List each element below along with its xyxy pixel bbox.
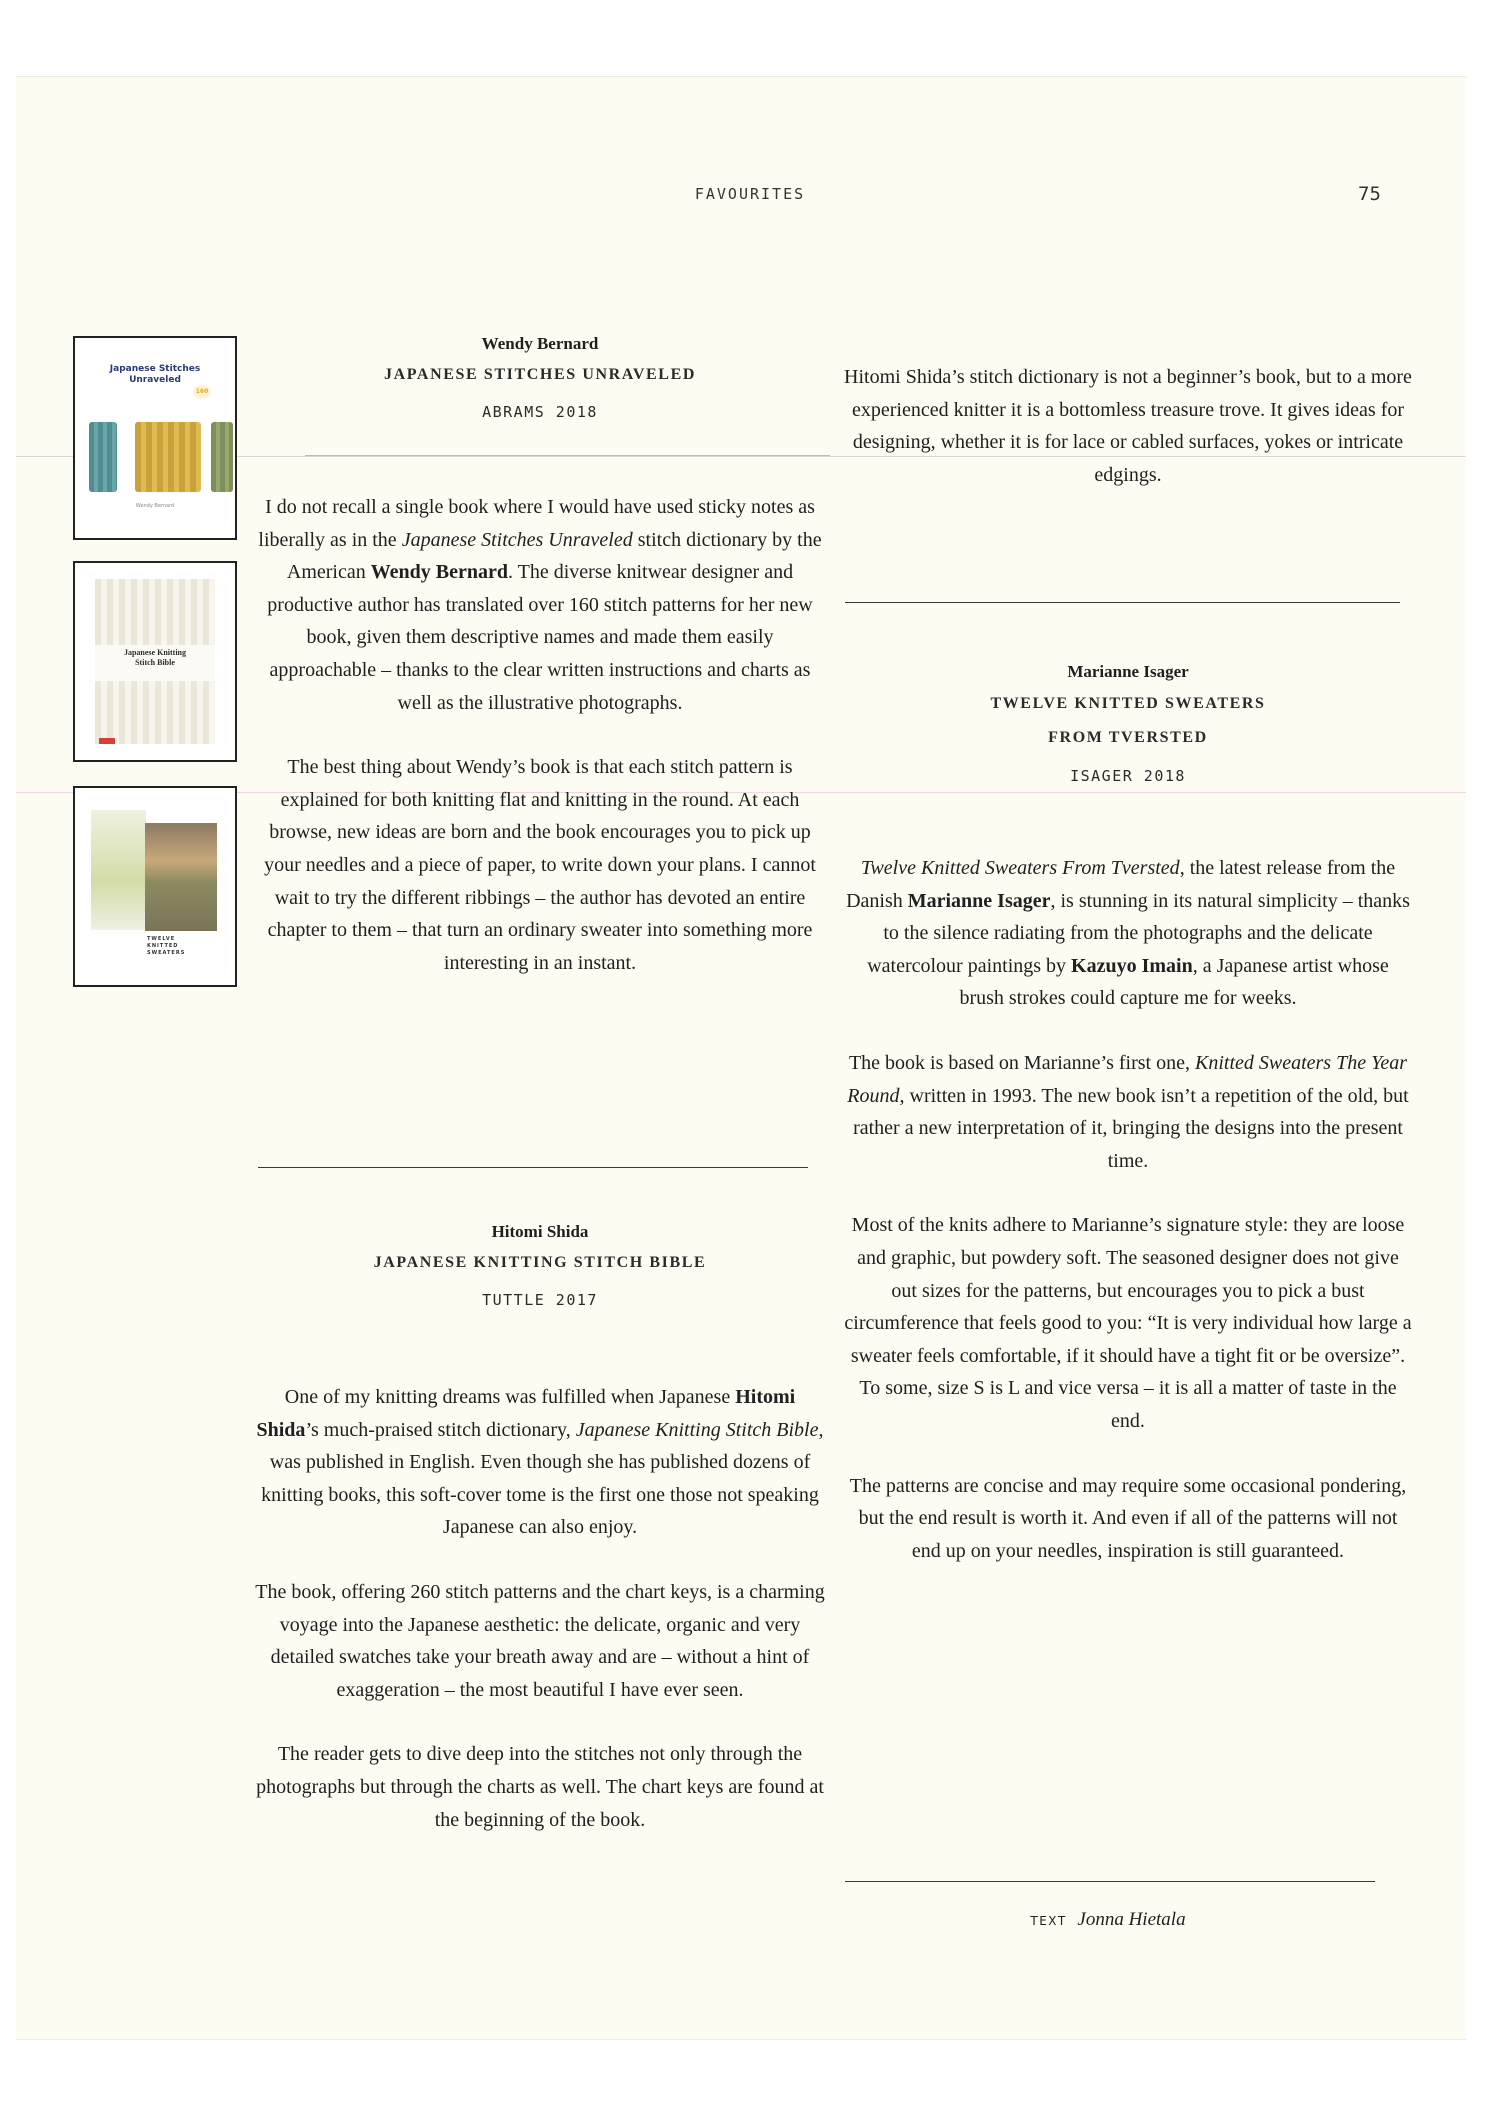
paragraph: Hitomi Shida’s stitch dictionary is not … — [843, 361, 1413, 491]
paragraph: The patterns are concise and may require… — [843, 1470, 1413, 1568]
credit-label: TEXT — [1030, 1914, 1066, 1928]
paragraph: One of my knitting dreams was fulfilled … — [255, 1381, 825, 1544]
review-heading-isager: Marianne Isager TWELVE KNITTED SWEATERS … — [843, 661, 1413, 785]
paragraph: The reader gets to dive deep into the st… — [255, 1738, 825, 1836]
paragraph: The best thing about Wendy’s book is tha… — [255, 751, 825, 979]
knit-swatch-image — [89, 422, 117, 492]
review-publisher: TUTTLE 2017 — [255, 1291, 825, 1309]
review-body-shida-continued: Hitomi Shida’s stitch dictionary is not … — [843, 361, 1413, 491]
cover-author: Wendy Bernard — [75, 503, 235, 509]
page-number: 75 — [1358, 183, 1381, 205]
divider — [845, 602, 1400, 603]
review-heading-bernard: Wendy Bernard JAPANESE STITCHES UNRAVELE… — [255, 333, 825, 421]
review-author: Hitomi Shida — [255, 1221, 825, 1243]
paragraph: Twelve Knitted Sweaters From Tversted, t… — [843, 852, 1413, 1015]
book-cover-japanese-stitches-unraveled: Japanese Stitches Unraveled 160 Wendy Be… — [73, 336, 237, 540]
divider — [258, 1167, 808, 1168]
review-book-title: JAPANESE KNITTING STITCH BIBLE — [255, 1247, 825, 1279]
cover-badge: 160 — [193, 385, 211, 399]
divider — [305, 455, 830, 456]
paragraph: The book, offering 260 stitch patterns a… — [255, 1576, 825, 1706]
author-credit: TEXT Jonna Hietala — [843, 1909, 1373, 1931]
book-cover-japanese-knitting-stitch-bible: Japanese Knitting Stitch Bible — [73, 561, 237, 762]
paragraph: I do not recall a single book where I wo… — [255, 491, 825, 719]
knit-swatch-image — [211, 422, 233, 492]
review-body-bernard: I do not recall a single book where I wo… — [255, 491, 825, 979]
cover-title: TWELVE KNITTED SWEATERS — [147, 936, 227, 957]
credit-name: Jonna Hietala — [1077, 1909, 1185, 1930]
cover-title: Japanese Knitting Stitch Bible — [95, 648, 215, 668]
cover-title: Japanese Stitches Unraveled — [75, 364, 235, 386]
review-author: Marianne Isager — [843, 661, 1413, 683]
cover-model-photo — [145, 823, 217, 931]
section-header: FAVOURITES — [0, 185, 1500, 203]
review-body-isager: Twelve Knitted Sweaters From Tversted, t… — [843, 852, 1413, 1567]
review-book-title: TWELVE KNITTED SWEATERS FROM TVERSTED — [843, 687, 1413, 755]
knit-swatch-image — [135, 422, 201, 492]
paragraph: The book is based on Marianne’s first on… — [843, 1047, 1413, 1177]
cover-watercolour-image — [91, 810, 146, 930]
review-book-title: JAPANESE STITCHES UNRAVELED — [255, 359, 825, 391]
book-cover-twelve-knitted-sweaters: TWELVE KNITTED SWEATERS — [73, 786, 237, 987]
review-author: Wendy Bernard — [255, 333, 825, 355]
review-publisher: ABRAMS 2018 — [255, 403, 825, 421]
review-heading-shida: Hitomi Shida JAPANESE KNITTING STITCH BI… — [255, 1221, 825, 1309]
paragraph: Most of the knits adhere to Marianne’s s… — [843, 1209, 1413, 1437]
publisher-logo — [99, 738, 115, 744]
review-publisher: ISAGER 2018 — [843, 767, 1413, 785]
divider — [845, 1881, 1375, 1882]
review-body-shida: One of my knitting dreams was fulfilled … — [255, 1381, 825, 1836]
